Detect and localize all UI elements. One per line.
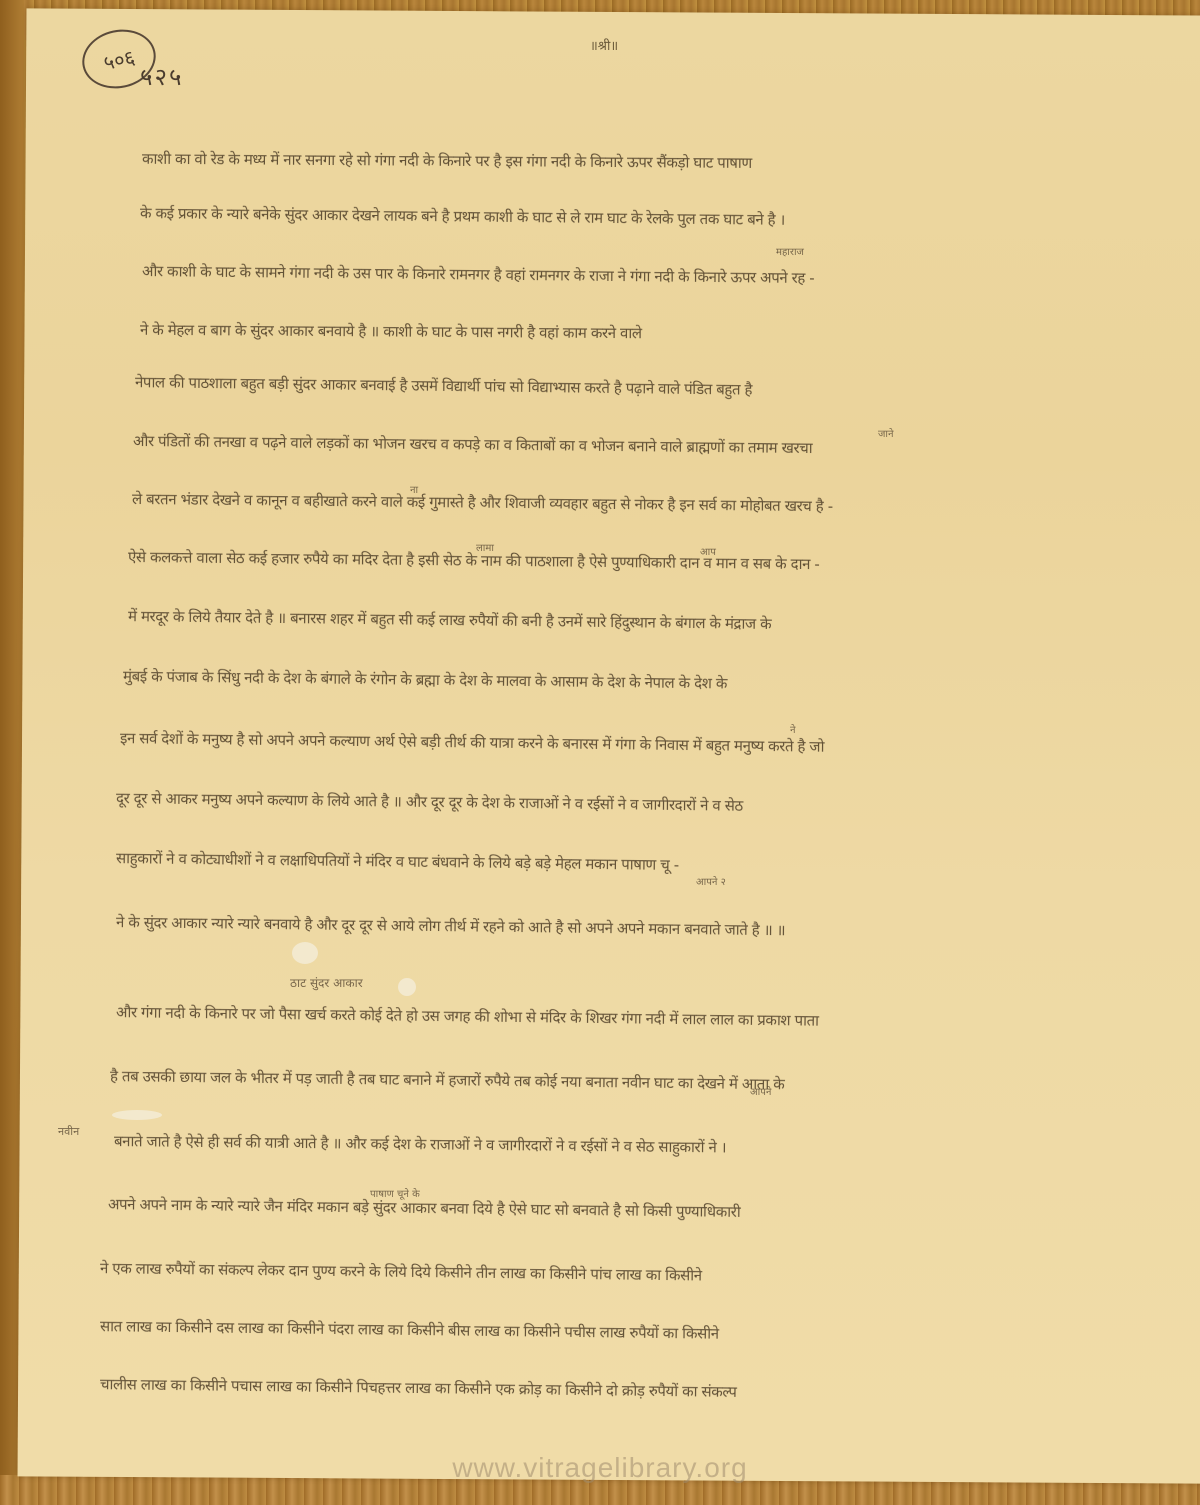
text-line: साहुकारों ने व कोट्याधीशों ने व लक्षाधिप…	[116, 848, 1081, 880]
text-line: ले बरतन भंडार देखने व कानून व बहीखाते कर…	[132, 489, 1097, 519]
interlinear-note: ठाट सुंदर आकार	[290, 974, 363, 991]
text-line: दूर दूर से आकर मनुष्य अपने कल्याण के लिय…	[116, 788, 1081, 820]
text-line: ने के मेहल व बाग के सुंदर आकार बनवाये है…	[140, 320, 790, 345]
text-line: ने एक लाख रुपैयों का संकल्प लेकर दान पुण…	[100, 1258, 1060, 1290]
text-line: अपने अपने नाम के न्यारे न्यारे जैन मंदिर…	[108, 1194, 1058, 1226]
interlinear-note: आपने	[750, 1084, 771, 1098]
interlinear-note: लामा	[476, 540, 494, 554]
text-line: मुंबई के पंजाब के सिंधु नदी के देश के बं…	[123, 666, 1088, 698]
text-line: काशी का वो रेड के मध्य में नार सनगा रहे …	[142, 149, 1087, 176]
text-line: के कई प्रकार के न्यारे बनेके सुंदर आकार …	[140, 203, 1085, 233]
manuscript-text-body: काशी का वो रेड के मध्य में नार सनगा रहे …	[0, 0, 1200, 1505]
interlinear-note: ने	[790, 722, 796, 736]
text-line: और गंगा नदी के किनारे पर जो पैसा खर्च कर…	[116, 1002, 1081, 1034]
interlinear-note: ना	[410, 482, 418, 496]
paper-blemish	[292, 942, 318, 964]
interlinear-note: जाने	[878, 426, 894, 440]
text-line: ऐसे कलकत्ते वाला सेठ कई हजार रुपैये का म…	[128, 547, 1093, 577]
text-line: और काशी के घाट के सामने गंगा नदी के उस प…	[142, 261, 1092, 291]
watermark: www.vitragelibrary.org	[0, 1452, 1200, 1484]
text-line: है तब उसकी छाया जल के भीतर में पड़ जाती …	[110, 1066, 1080, 1098]
text-line: सात लाख का किसीने दस लाख का किसीने पंदरा…	[100, 1316, 1060, 1348]
text-line: चालीस लाख का किसीने पचास लाख का किसीने प…	[100, 1374, 1060, 1406]
text-line: और पंडितों की तनखा व पढ़ने वाले लड़कों क…	[133, 431, 1098, 461]
margin-note: नवीन	[58, 1124, 79, 1139]
paper-blemish	[112, 1110, 162, 1120]
interlinear-note: महाराज	[776, 244, 804, 258]
text-line: बनाते जाते है ऐसे ही सर्व की यात्री आते …	[114, 1131, 1059, 1161]
interlinear-note: पाषाण चूने के	[370, 1186, 420, 1200]
text-line: में मरदूर के लिये तैयार देते है ॥ बनारस …	[128, 606, 1088, 638]
interlinear-note: आप	[700, 544, 716, 558]
paper-blemish	[398, 978, 416, 996]
text-line: नेपाल की पाठशाला बहुत बड़ी सुंदर आकार बन…	[135, 372, 1095, 404]
text-line: ने के सुंदर आकार न्यारे न्यारे बनवाये है…	[116, 912, 1081, 944]
text-line: इन सर्व देशों के मनुष्य है सो अपने अपने …	[120, 728, 1085, 760]
interlinear-note: आपने २	[696, 874, 726, 888]
